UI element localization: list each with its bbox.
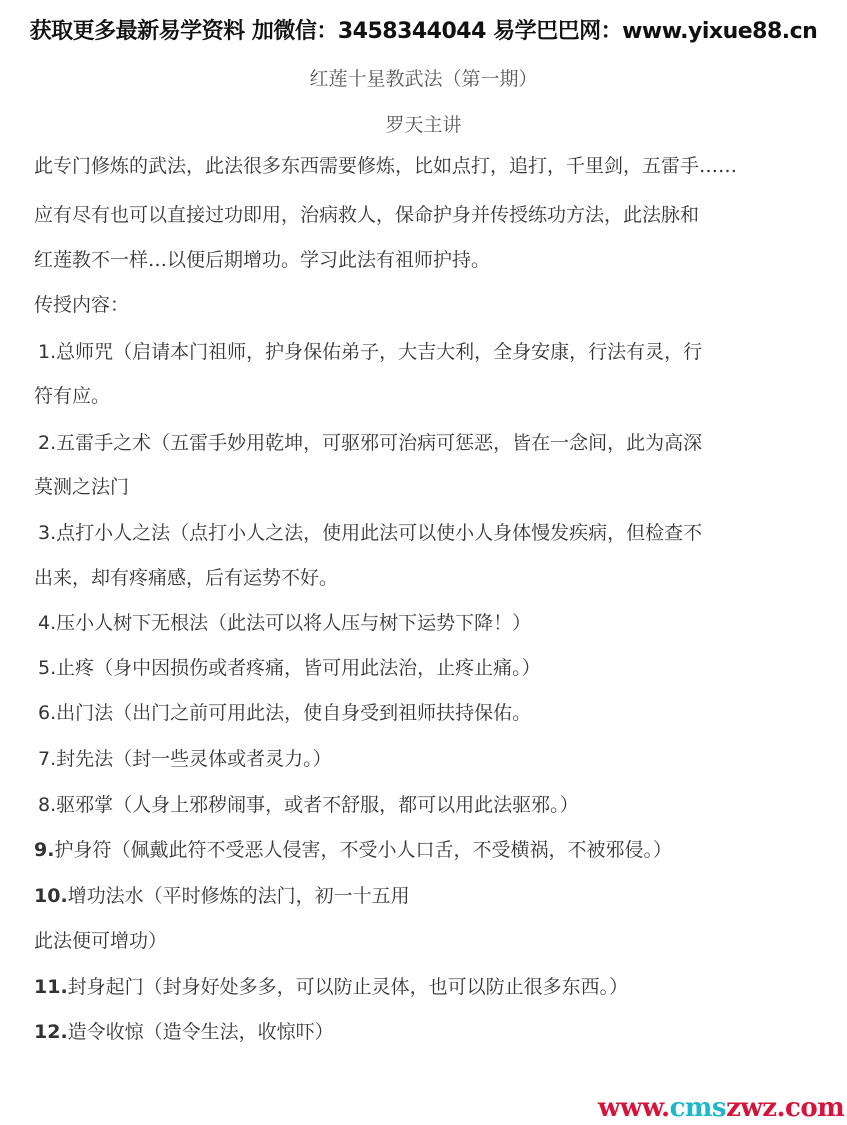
list-item-10: 10.增功法水（平时修炼的法门，初一十五用	[34, 881, 824, 908]
item-number: 5.	[38, 657, 56, 679]
document-author: 罗天主讲	[0, 110, 847, 137]
site-watermark: www.cmszwz.com	[598, 1093, 844, 1123]
list-item-5: 5.止疼（身中因损伤或者疼痛，皆可用此法治，止疼止痛。）	[38, 653, 828, 680]
item-number: 1.	[38, 341, 56, 363]
item-text: 造令收惊（造令生法，收惊吓）	[68, 1021, 334, 1043]
item-text: 压小人树下无根法（此法可以将人压与树下运势下降！）	[56, 612, 531, 634]
list-item-6: 6.出门法（出门之前可用此法，使自身受到祖师扶持保佑。	[38, 698, 828, 725]
list-item-4: 4.压小人树下无根法（此法可以将人压与树下运势下降！）	[38, 608, 828, 635]
item-number: 10.	[34, 885, 68, 907]
item-text: 增功法水（平时修炼的法门，初一十五用	[68, 885, 410, 907]
document-title: 红莲十星教武法（第一期）	[0, 64, 847, 91]
list-item-12: 12.造令收惊（造令生法，收惊吓）	[34, 1017, 824, 1044]
watermark-part-www: www.	[598, 1093, 670, 1123]
intro-line-1: 此专门修炼的武法，此法很多东西需要修炼，比如点打，追打，千里剑，五雷手……	[34, 151, 824, 178]
watermark-part-domain: zwz.com	[726, 1093, 844, 1123]
item-number: 8.	[38, 794, 56, 816]
item-number: 6.	[38, 702, 56, 724]
list-item-7: 7.封先法（封一些灵体或者灵力。）	[38, 744, 828, 771]
list-item-2-cont: 莫测之法门	[34, 472, 824, 499]
list-item-1-cont: 符有应。	[34, 381, 824, 408]
list-item-2: 2.五雷手之术（五雷手妙用乾坤，可驱邪可治病可惩恶，皆在一念间，此为高深	[38, 428, 828, 455]
list-item-1: 1.总师咒（启请本门祖师，护身保佑弟子，大吉大利，全身安康，行法有灵，行	[38, 337, 828, 364]
item-number: 3.	[38, 522, 56, 544]
list-item-11: 11.封身起门（封身好处多多，可以防止灵体，也可以防止很多东西。）	[34, 972, 824, 999]
intro-line-3: 红莲教不一样…以便后期增功。学习此法有祖师护持。	[34, 245, 824, 272]
item-text: 点打小人之法（点打小人之法，使用此法可以使小人身体慢发疾病，但检查不	[56, 522, 702, 544]
list-item-10-cont: 此法便可增功）	[34, 926, 824, 953]
item-text: 五雷手之术（五雷手妙用乾坤，可驱邪可治病可惩恶，皆在一念间，此为高深	[56, 432, 702, 454]
item-text: 出门法（出门之前可用此法，使自身受到祖师扶持保佑。	[56, 702, 531, 724]
item-number: 2.	[38, 432, 56, 454]
item-number: 11.	[34, 976, 68, 998]
list-item-3-cont: 出来，却有疼痛感，后有运势不好。	[34, 563, 824, 590]
item-text: 护身符（佩戴此符不受恶人侵害，不受小人口舌，不受横祸，不被邪侵。）	[54, 839, 672, 861]
list-item-9: 9.护身符（佩戴此符不受恶人侵害，不受小人口舌，不受横祸，不被邪侵。）	[34, 835, 824, 862]
list-item-8: 8.驱邪掌（人身上邪秽闹事，或者不舒服，都可以用此法驱邪。）	[38, 790, 828, 817]
list-item-3: 3.点打小人之法（点打小人之法，使用此法可以使小人身体慢发疾病，但检查不	[38, 518, 828, 545]
item-number: 7.	[38, 748, 56, 770]
promo-banner: 获取更多最新易学资料 加微信：3458344044 易学巴巴网：www.yixu…	[0, 14, 847, 45]
item-text: 驱邪掌（人身上邪秽闹事，或者不舒服，都可以用此法驱邪。）	[56, 794, 579, 816]
item-number: 9.	[34, 839, 54, 861]
item-text: 封先法（封一些灵体或者灵力。）	[56, 748, 332, 770]
intro-line-2: 应有尽有也可以直接过功即用，治病救人，保命护身并传授练功方法，此法脉和	[34, 200, 824, 227]
item-text: 封身起门（封身好处多多，可以防止灵体，也可以防止很多东西。）	[68, 976, 629, 998]
item-text: 止疼（身中因损伤或者疼痛，皆可用此法治，止疼止痛。）	[56, 657, 541, 679]
item-number: 4.	[38, 612, 56, 634]
item-number: 12.	[34, 1021, 68, 1043]
section-heading: 传授内容：	[34, 290, 824, 317]
watermark-part-cms: cms	[670, 1093, 726, 1123]
item-text: 总师咒（启请本门祖师，护身保佑弟子，大吉大利，全身安康，行法有灵，行	[56, 341, 702, 363]
